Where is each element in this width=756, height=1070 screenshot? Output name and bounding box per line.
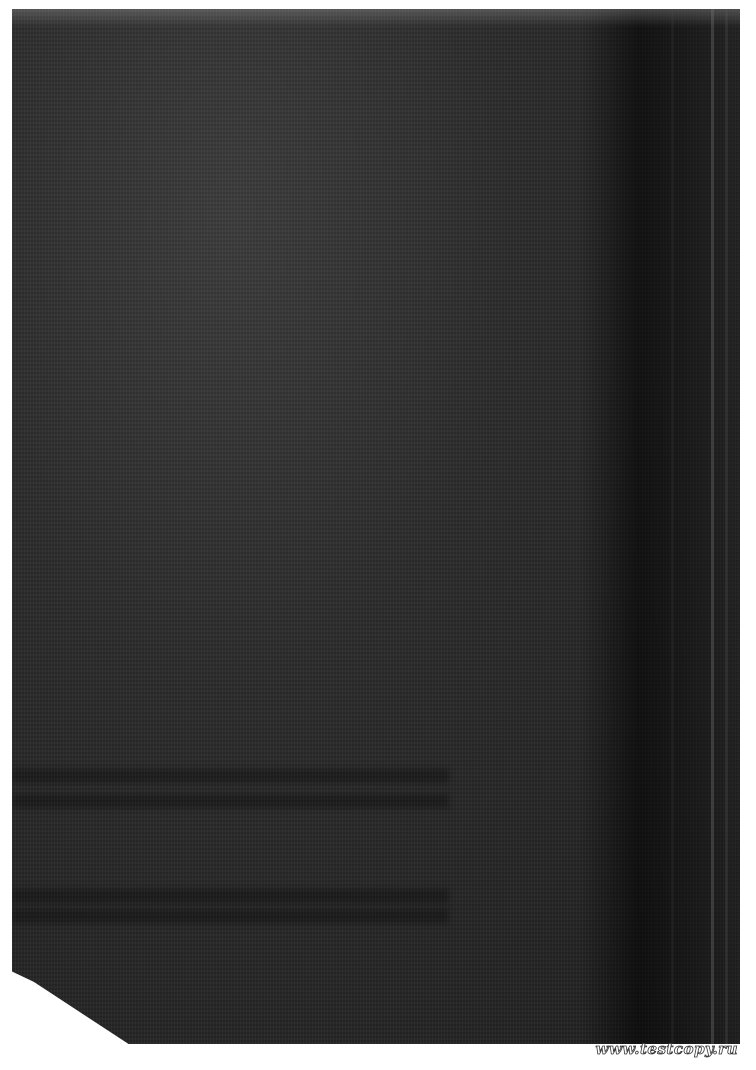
toner-band (12, 769, 449, 783)
watermark-text: www.testcopy.ru (596, 1040, 738, 1058)
toner-band (12, 889, 449, 903)
scanned-black-page (12, 9, 740, 1044)
toner-band (12, 794, 449, 808)
toner-band (12, 909, 449, 923)
